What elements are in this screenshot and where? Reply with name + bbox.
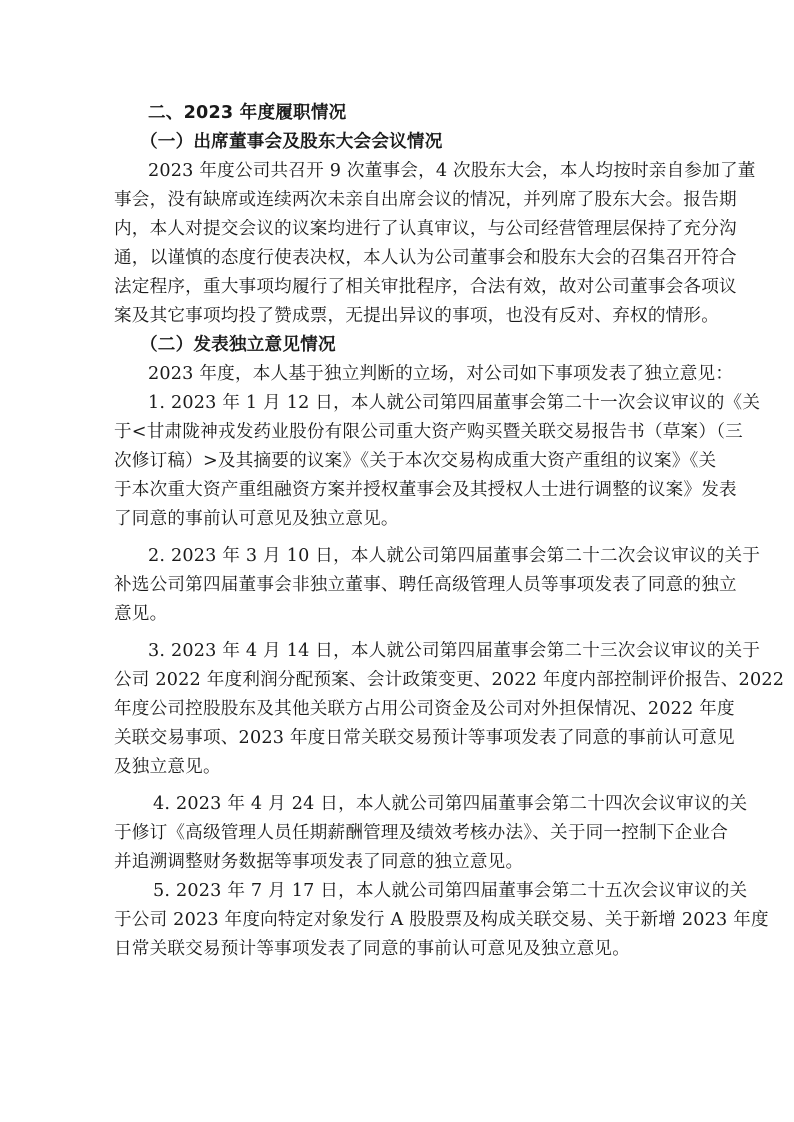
paragraph-line: 案及其它事项均投了赞成票，无提出异议的事项，也没有反对、弃权的情形。	[114, 305, 719, 327]
paragraph-line: 通，以谨慎的态度行使表决权，本人认为公司董事会和股东大会的召集召开符合	[114, 247, 697, 269]
paragraph-line: 于公司 2023 年度向特定对象发行 A 股股票及构成关联交易、关于新增 202…	[114, 909, 697, 931]
paragraph-line: 于修订《高级管理人员任期薪酬管理及绩效考核办法》、关于同一控制下企业合	[114, 822, 697, 844]
paragraph-intro: 2023 年度，本人基于独立判断的立场，对公司如下事项发表了独立意见：	[148, 363, 733, 385]
paragraph-line: 公司 2022 年度利润分配预案、会计政策变更、2022 年度内部控制评价报告、…	[114, 669, 697, 691]
paragraph-line: 2. 2023 年 3 月 10 日，本人就公司第四届董事会第二十二次会议审议的…	[148, 545, 697, 567]
paragraph-line: 4. 2023 年 4 月 24 日，本人就公司第四届董事会第二十四次会议审议的…	[153, 793, 697, 815]
paragraph-line: 事会，没有缺席或连续两次未亲自出席会议的情况，并列席了股东大会。报告期	[114, 189, 697, 211]
paragraph-line: 意见。	[114, 603, 167, 625]
paragraph-line: 补选公司第四届董事会非独立董事、聘任高级管理人员等事项发表了同意的独立	[114, 574, 697, 596]
paragraph-line: 3. 2023 年 4 月 14 日，本人就公司第四届董事会第二十三次会议审议的…	[148, 640, 697, 662]
subsection-heading-attendance: （一）出席董事会及股东大会会议情况	[140, 131, 443, 153]
paragraph-line: 1. 2023 年 1 月 12 日，本人就公司第四届董事会第二十一次会议审议的…	[148, 392, 697, 414]
subsection-heading-opinions: （二）发表独立意见情况	[140, 334, 336, 356]
paragraph-line: 5. 2023 年 7 月 17 日，本人就公司第四届董事会第二十五次会议审议的…	[153, 880, 697, 902]
paragraph-line: 关联交易事项、2023 年度日常关联交易预计等事项发表了同意的事前认可意见	[114, 727, 697, 749]
document-page: 二、2023 年度履职情况 （一）出席董事会及股东大会会议情况 2023 年度公…	[0, 0, 794, 1122]
section-heading: 二、2023 年度履职情况	[148, 102, 346, 124]
paragraph-line: 及独立意见。	[114, 756, 221, 778]
paragraph-line: 年度公司控股股东及其他关联方占用公司资金及公司对外担保情况、2022 年度	[114, 698, 697, 720]
paragraph-line: 2023 年度公司共召开 9 次董事会，4 次股东大会，本人均按时亲自参加了董	[148, 160, 697, 182]
paragraph-line: 并追溯调整财务数据等事项发表了同意的独立意见。	[114, 851, 523, 873]
paragraph-line: 于本次重大资产重组融资方案并授权董事会及其授权人士进行调整的议案》发表	[114, 479, 697, 501]
paragraph-line: 了同意的事前认可意见及独立意见。	[114, 508, 399, 530]
paragraph-line: 于<甘肃陇神戎发药业股份有限公司重大资产购买暨关联交易报告书（草案）（三	[114, 421, 697, 443]
paragraph-line: 法定程序，重大事项均履行了相关审批程序，合法有效，故对公司董事会各项议	[114, 276, 697, 298]
paragraph-line: 日常关联交易预计等事项发表了同意的事前认可意见及独立意见。	[114, 938, 630, 960]
paragraph-line: 内，本人对提交会议的议案均进行了认真审议，与公司经营管理层保持了充分沟	[114, 218, 697, 240]
paragraph-line: 次修订稿）>及其摘要的议案》《关于本次交易构成重大资产重组的议案》《关	[114, 450, 697, 472]
